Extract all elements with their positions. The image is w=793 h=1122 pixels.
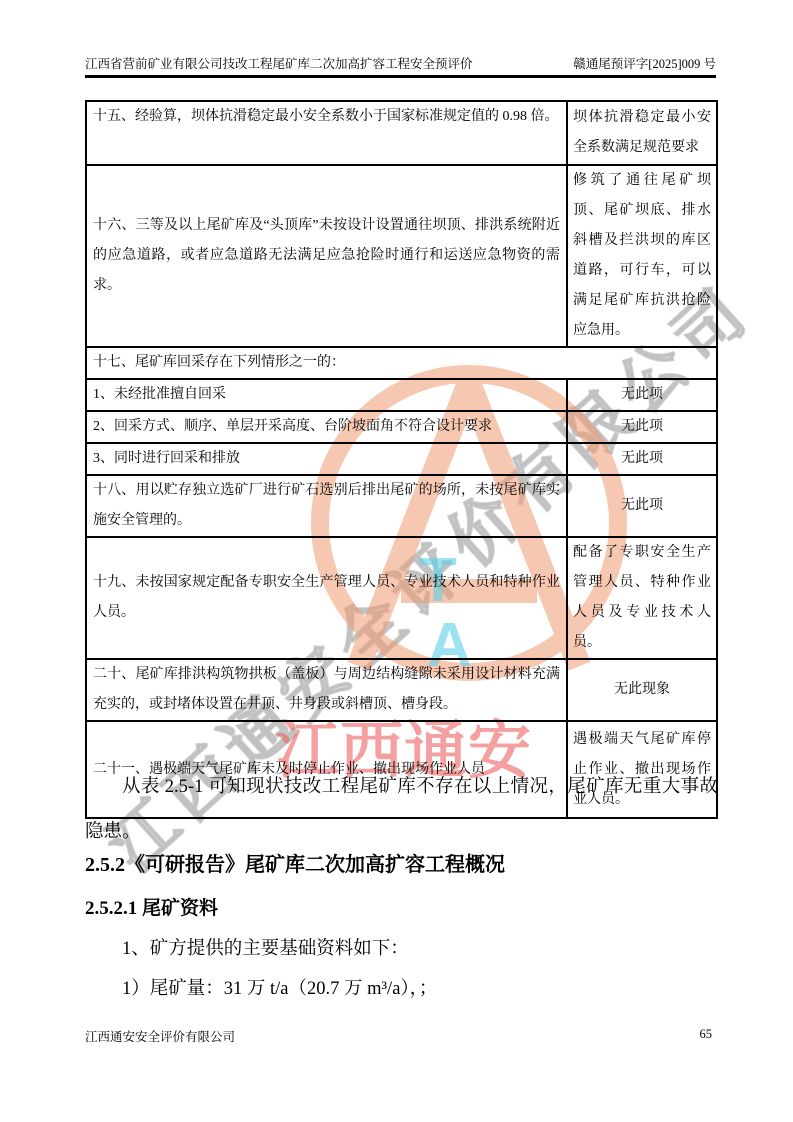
- result-cell: 无此项: [567, 475, 717, 537]
- table-row: 3、同时进行回采和排放 无此项: [86, 443, 717, 475]
- conclusion-paragraph: 从表 2.5-1 可知现状技改工程尾矿库不存在以上情况，尾矿库无重大事故隐患。: [85, 765, 718, 855]
- document-page: 江西通安全评价有限公司 T A 江西通安 江西省营前矿业有限公司技改工程尾矿库二…: [0, 0, 793, 1122]
- merged-item-cell: 十七、尾矿库回采存在下列情形之一的：: [86, 347, 717, 379]
- table-row: 十六、三等及以上尾矿库及“头顶库”未按设计设置通往坝顶、排洪系统附近的应急道路，…: [86, 165, 717, 347]
- compliance-table: 十五、经验算，坝体抗滑稳定最小安全系数小于国家标准规定值的 0.98 倍。 坝体…: [85, 100, 718, 819]
- item-cell: 十五、经验算，坝体抗滑稳定最小安全系数小于国家标准规定值的 0.98 倍。: [86, 101, 567, 165]
- result-cell: 无此项: [567, 379, 717, 411]
- footer-page-number: 65: [700, 1027, 713, 1042]
- item-cell: 十八、用以贮存独立选矿厂进行矿石选别后排出尾矿的场所，未按尾矿库实施安全管理的。: [86, 475, 567, 537]
- header-rule: [85, 75, 716, 78]
- result-cell: 无此项: [567, 443, 717, 475]
- section-heading-2-5-2-1: 2.5.2.1 尾矿资料: [85, 894, 718, 924]
- section-heading-2-5-2: 2.5.2《可研报告》尾矿库二次加高扩容工程概况: [85, 850, 718, 880]
- result-cell: 无此项: [567, 411, 717, 443]
- table-row: 十七、尾矿库回采存在下列情形之一的：: [86, 347, 717, 379]
- list-item-tailings-volume: 1）尾矿量：31 万 t/a（20.7 万 m³/a），；: [85, 974, 718, 1004]
- result-cell: 无此现象: [567, 659, 717, 721]
- item-cell: 十六、三等及以上尾矿库及“头顶库”未按设计设置通往坝顶、排洪系统附近的应急道路，…: [86, 165, 567, 347]
- header-doc-number: 赣通尾预评字[2025]009 号: [573, 54, 716, 72]
- table-row: 十八、用以贮存独立选矿厂进行矿石选别后排出尾矿的场所，未按尾矿库实施安全管理的。…: [86, 475, 717, 537]
- result-cell: 修筑了通往尾矿坝顶、尾矿坝底、排水斜槽及拦洪坝的库区道路，可行车，可以满足尾矿库…: [567, 165, 717, 347]
- item-cell: 2、回采方式、顺序、单层开采高度、台阶坡面角不符合设计要求: [86, 411, 567, 443]
- footer-company-name: 江西通安安全评价有限公司: [85, 1027, 235, 1045]
- result-cell: 配备了专职安全生产管理人员、特种作业人员及专业技术人员。: [567, 537, 717, 659]
- page-header: 江西省营前矿业有限公司技改工程尾矿库二次加高扩容工程安全预评价 赣通尾预评字[2…: [85, 54, 716, 72]
- item-cell: 十九、未按国家规定配备专职安全生产管理人员、专业技术人员和特种作业人员。: [86, 537, 567, 659]
- table-row: 十九、未按国家规定配备专职安全生产管理人员、专业技术人员和特种作业人员。 配备了…: [86, 537, 717, 659]
- header-report-title: 江西省营前矿业有限公司技改工程尾矿库二次加高扩容工程安全预评价: [85, 54, 473, 72]
- list-item-intro: 1、矿方提供的主要基础资料如下：: [85, 934, 718, 964]
- table-row: 1、未经批准擅自回采 无此项: [86, 379, 717, 411]
- table-row: 2、回采方式、顺序、单层开采高度、台阶坡面角不符合设计要求 无此项: [86, 411, 717, 443]
- table-row: 二十、尾矿库排洪构筑物拱板（盖板）与周边结构缝隙未采用设计材料充满充实的，或封堵…: [86, 659, 717, 721]
- item-cell: 1、未经批准擅自回采: [86, 379, 567, 411]
- item-cell: 二十、尾矿库排洪构筑物拱板（盖板）与周边结构缝隙未采用设计材料充满充实的，或封堵…: [86, 659, 567, 721]
- table-row: 十五、经验算，坝体抗滑稳定最小安全系数小于国家标准规定值的 0.98 倍。 坝体…: [86, 101, 717, 165]
- result-cell: 坝体抗滑稳定最小安全系数满足规范要求: [567, 101, 717, 165]
- item-cell: 3、同时进行回采和排放: [86, 443, 567, 475]
